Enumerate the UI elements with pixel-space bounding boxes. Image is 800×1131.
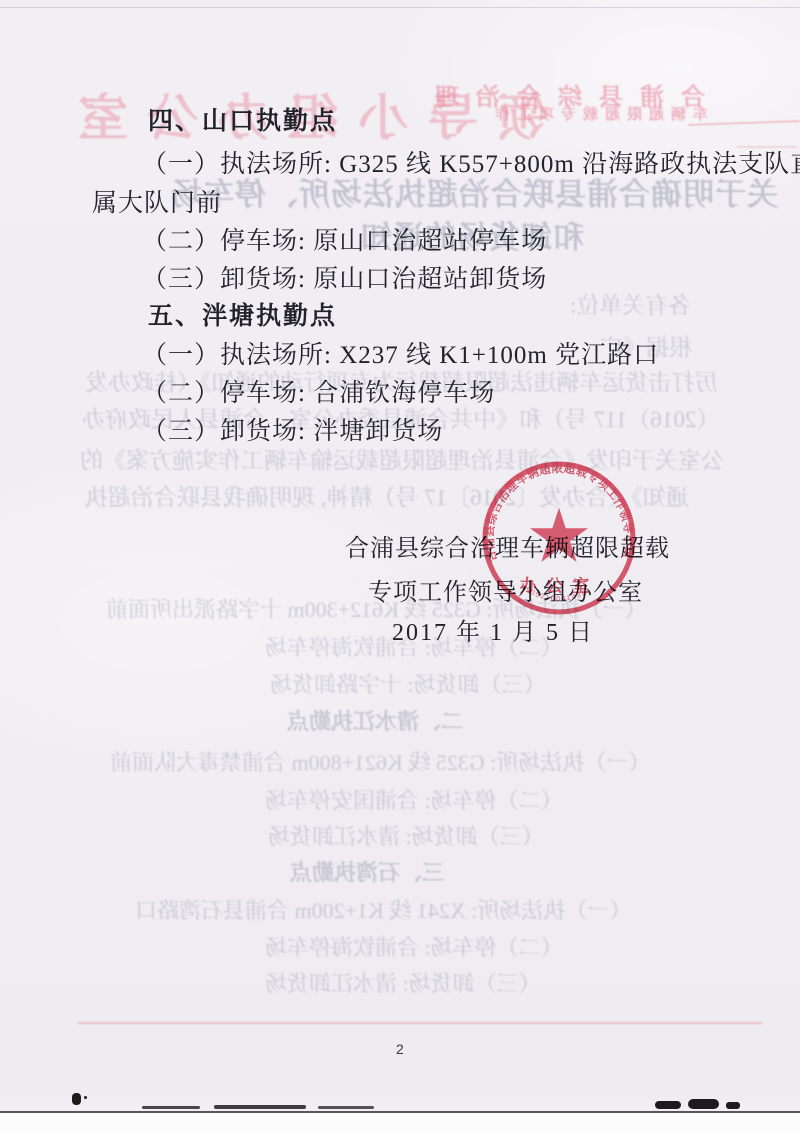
- paper-crease-line: [0, 7, 800, 8]
- official-red-seal: 合浦县综合治理车辆超限超载专项工作领导小组 办公室 4505210041486: [480, 459, 638, 617]
- signature-date: 2017 年 1 月 5 日: [392, 612, 594, 647]
- scan-artifact-blob: [655, 1101, 681, 1109]
- scan-artifact-blob: [726, 1102, 740, 1109]
- bleed-gray-line: （三）卸货场: 清水江卸货场: [268, 820, 544, 851]
- doc-line-5-1: （一）执法场所: X237 线 K1+100m 党江路口: [142, 335, 659, 371]
- bleed-red-rule-bottom: [78, 1022, 762, 1024]
- scan-artifact-smudge: [142, 1106, 200, 1109]
- bleed-gray-line: （三）卸货场: 清水江卸货场: [265, 967, 541, 998]
- seal-star-icon: [530, 508, 588, 562]
- bleed-gray-line: （三）卸货场: 十字路卸货场: [270, 668, 546, 699]
- bleed-red-letterhead-small-2: 车辆超限超载专项工作: [488, 103, 708, 124]
- doc-line-4-1-wrap: 属大队门前: [92, 183, 222, 219]
- scan-artifact-dot: [84, 1096, 87, 1099]
- bleed-gray-line: （一）执法场所: G325 线 K621+800m 合浦禁毒大队面前: [110, 746, 650, 777]
- bleed-gray-line: （一）执法场所: X241 线 K1+200m 合浦县石湾路口: [135, 894, 631, 925]
- page-number: 2: [396, 1041, 404, 1057]
- bleed-gray-line: 各有关单位:: [570, 287, 691, 320]
- scan-artifact-dot: [72, 1093, 81, 1105]
- seal-graphic: 合浦县综合治理车辆超限超载专项工作领导小组 办公室 4505210041486: [480, 459, 638, 617]
- scan-artifact-smudge: [318, 1106, 374, 1109]
- section-heading-4: 四、山口执勤点: [148, 101, 337, 137]
- doc-line-5-2: （二）停车场: 合浦钦海停车场: [142, 373, 495, 409]
- doc-line-5-3: （三）卸货场: 泮塘卸货场: [142, 411, 443, 447]
- doc-line-4-1: （一）执法场所: G325 线 K557+800m 沿海路政执法支队直: [142, 144, 800, 180]
- scan-artifact-blob: [688, 1099, 719, 1109]
- bleed-gray-line: （二）停车场: 合浦钦海停车场: [265, 931, 563, 962]
- section-heading-5: 五、泮塘执勤点: [148, 296, 337, 332]
- doc-line-4-3: （三）卸货场: 原山口治超站卸货场: [142, 259, 547, 295]
- scanned-document-page: 领导小组办公室 合浦县综合治理 车辆超限超载专项工作 关于明确合浦县联合治超执法…: [0, 0, 800, 1131]
- bleed-gray-line: 二、清水江执勤点: [287, 705, 463, 736]
- bleed-gray-line: 三、石湾执勤点: [290, 856, 444, 887]
- bleed-gray-line: （二）停车场: 合浦国安停车场: [265, 784, 563, 815]
- scanner-background-strip: [0, 1113, 800, 1131]
- doc-line-4-2: （二）停车场: 原山口治超站停车场: [142, 221, 547, 257]
- scan-artifact-smudge: [214, 1105, 306, 1109]
